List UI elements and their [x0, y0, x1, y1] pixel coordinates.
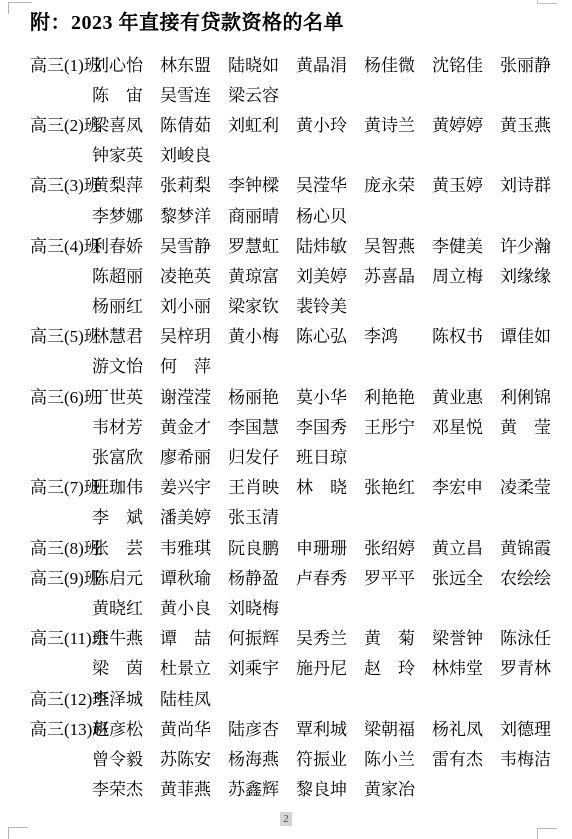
student-name: 许少瀚 [500, 232, 568, 257]
student-name: 黄晶涓 [296, 51, 364, 76]
student-name: 吴智燕 [364, 232, 432, 257]
class-row: 陈超丽凌艳英黄琼富刘美婷苏喜晶周立梅刘缘缘 [0, 259, 572, 289]
student-name: 丁世英 [92, 383, 160, 408]
student-name: 林东盟 [160, 51, 228, 76]
student-name: 刘德理 [500, 715, 568, 740]
class-row: 高三(5)班林慧君吴梓玥黄小梅陈心弘李鸿陈权书谭佳如 [0, 320, 572, 350]
student-name: 陆晓如 [228, 51, 296, 76]
student-name: 姜兴宇 [160, 473, 228, 498]
class-row: 高三(3)班黄梨萍张莉梨李钟樑吴滢华庞永荣黄玉婷刘诗群 [0, 169, 572, 199]
student-name: 黄业惠 [432, 383, 500, 408]
student-name: 张玉清 [228, 503, 296, 528]
student-name: 苏陈安 [160, 745, 228, 770]
student-name: 李国慧 [228, 413, 296, 438]
student-name: 阮良鹏 [228, 534, 296, 559]
student-name: 黄晓红 [92, 594, 160, 619]
student-name: 黄金才 [160, 413, 228, 438]
student-name: 林 晓 [296, 473, 364, 498]
student-name: 邓星悦 [432, 413, 500, 438]
student-name: 黄玉婷 [432, 171, 500, 196]
student-name: 雷有杰 [432, 745, 500, 770]
student-name: 庞永荣 [364, 171, 432, 196]
student-name: 杨丽红 [92, 292, 160, 317]
student-name: 黎梦洋 [160, 202, 228, 227]
student-name: 黄家冶 [364, 775, 432, 800]
class-label: 高三(6)班 [30, 383, 92, 408]
class-row: 钟家英刘峻良 [0, 139, 572, 169]
student-name: 黎良坤 [296, 775, 364, 800]
student-name: 黄立昌 [432, 534, 500, 559]
student-name: 莫小华 [296, 383, 364, 408]
student-name: 游文怡 [92, 352, 160, 377]
student-name: 裴铃美 [296, 292, 364, 317]
student-name: 黄琼富 [228, 262, 296, 287]
student-name: 黄小玲 [296, 111, 364, 136]
class-label: 高三(5)班 [30, 322, 92, 347]
student-name: 梁喜凤 [92, 111, 160, 136]
student-name: 谭 喆 [160, 624, 228, 649]
student-name: 杨礼凤 [432, 715, 500, 740]
class-row: 高三(2)班梁喜凤陈倩茹刘虹利黄小玲黄诗兰黄婷婷黄玉燕 [0, 108, 572, 138]
student-name: 陆桂凤 [160, 685, 228, 710]
student-name: 廖希丽 [160, 443, 228, 468]
class-row: 高三(12)班李泽城陆桂凤 [0, 682, 572, 712]
student-name: 刘峻良 [160, 141, 228, 166]
class-row: 黄晓红黄小良刘晓梅 [0, 591, 572, 621]
class-row: 韦材芳黄金才李国慧李国秀王彤宁邓星悦黄 莹 [0, 410, 572, 440]
student-name: 苏鑫辉 [228, 775, 296, 800]
student-name: 梁 茵 [92, 654, 160, 679]
class-row: 陈 宙吴雪连梁云容 [0, 78, 572, 108]
class-label: 高三(13)班 [30, 715, 92, 740]
student-name: 陆彦杏 [228, 715, 296, 740]
class-label: 高三(1)班 [30, 51, 92, 76]
class-row: 高三(6)班丁世英谢滢滢杨丽艳莫小华利艳艳黄业惠利俐锦 [0, 380, 572, 410]
student-name: 商丽晴 [228, 202, 296, 227]
student-name: 刘缘缘 [500, 262, 568, 287]
student-name: 梁朝福 [364, 715, 432, 740]
student-name: 张富欣 [92, 443, 160, 468]
student-name: 李梦娜 [92, 202, 160, 227]
student-name: 韦材芳 [92, 413, 160, 438]
class-row: 李荣杰黄菲燕苏鑫辉黎良坤黄家冶 [0, 773, 572, 803]
crop-mark-bottom-left [8, 827, 28, 839]
student-name: 何振辉 [228, 624, 296, 649]
student-name: 曾令毅 [92, 745, 160, 770]
student-name: 刘乘宇 [228, 654, 296, 679]
student-name: 杨丽艳 [228, 383, 296, 408]
student-name: 吴秀兰 [296, 624, 364, 649]
student-name: 卢春秀 [296, 564, 364, 589]
crop-mark-bottom-right [537, 828, 557, 839]
class-row: 高三(1)班刘心怡林东盟陆晓如黄晶涓杨佳微沈铭佳张丽静 [0, 48, 572, 78]
student-name: 赵彦松 [92, 715, 160, 740]
student-name: 谭佳如 [500, 322, 568, 347]
class-row: 高三(7)班班珈伟姜兴宇王肖映林 晓张艳红李宏申凌柔莹 [0, 471, 572, 501]
student-name: 张艳红 [364, 473, 432, 498]
student-name: 利艳艳 [364, 383, 432, 408]
student-name: 李国秀 [296, 413, 364, 438]
student-name: 钟家英 [92, 141, 160, 166]
class-row: 梁 茵杜景立刘乘宇施丹尼赵 玲林炜堂罗青林 [0, 652, 572, 682]
student-name: 王肖映 [228, 473, 296, 498]
student-name: 杨佳微 [364, 51, 432, 76]
student-name: 林慧君 [92, 322, 160, 347]
page-footer: 2 [0, 809, 572, 827]
student-name: 李钟樑 [228, 171, 296, 196]
student-name: 沈铭佳 [432, 51, 500, 76]
student-name: 何 萍 [160, 352, 228, 377]
student-name: 黄菲燕 [160, 775, 228, 800]
crop-mark-top-right [537, 0, 557, 4]
student-name: 李泽城 [92, 685, 160, 710]
class-row: 高三(4)班利春娇吴雪静罗慧虹陆炜敏吴智燕李健美许少瀚 [0, 229, 572, 259]
class-row: 李 斌潘美婷张玉清 [0, 501, 572, 531]
class-label: 高三(2)班 [30, 111, 92, 136]
student-name: 梁家钦 [228, 292, 296, 317]
student-name: 黄玉燕 [500, 111, 568, 136]
page-number: 2 [280, 812, 292, 826]
class-name-list: 高三(1)班刘心怡林东盟陆晓如黄晶涓杨佳微沈铭佳张丽静陈 宙吴雪连梁云容高三(2… [0, 48, 572, 803]
student-name: 刘心怡 [92, 51, 160, 76]
student-name: 利俐锦 [500, 383, 568, 408]
student-name: 覃利城 [296, 715, 364, 740]
student-name: 刘小丽 [160, 292, 228, 317]
student-name: 陈心弘 [296, 322, 364, 347]
student-name: 班日琼 [296, 443, 364, 468]
student-name: 凌柔莹 [500, 473, 568, 498]
class-row: 高三(9)班陈启元谭秋瑜杨静盈卢春秀罗平平张远全农绘绘 [0, 561, 572, 591]
student-name: 陈超丽 [92, 262, 160, 287]
student-name: 黄 菊 [364, 624, 432, 649]
student-name: 黄小梅 [228, 322, 296, 347]
student-name: 黄小良 [160, 594, 228, 619]
student-name: 杨静盈 [228, 564, 296, 589]
student-name: 余牛燕 [92, 624, 160, 649]
student-name: 李健美 [432, 232, 500, 257]
class-row: 高三(11)班余牛燕谭 喆何振辉吴秀兰黄 菊梁誉钟陈泳任 [0, 622, 572, 652]
class-row: 张富欣廖希丽归发仔班日琼 [0, 440, 572, 470]
student-name: 刘诗群 [500, 171, 568, 196]
class-label: 高三(9)班 [30, 564, 92, 589]
class-row: 高三(8)班张 芸韦雅琪阮良鹏申珊珊张绍婷黄立昌黄锦霞 [0, 531, 572, 561]
student-name: 刘晓梅 [228, 594, 296, 619]
page-title: 附：2023 年直接有贷款资格的名单 [30, 6, 572, 40]
student-name: 利春娇 [92, 232, 160, 257]
student-name: 刘虹利 [228, 111, 296, 136]
student-name: 李鸿 [364, 322, 432, 347]
student-name: 吴梓玥 [160, 322, 228, 347]
document-page: 附：2023 年直接有贷款资格的名单 高三(1)班刘心怡林东盟陆晓如黄晶涓杨佳微… [0, 0, 572, 839]
student-name: 吴滢华 [296, 171, 364, 196]
student-name: 陈权书 [432, 322, 500, 347]
class-label: 高三(8)班 [30, 534, 92, 559]
student-name: 申珊珊 [296, 534, 364, 559]
class-row: 曾令毅苏陈安杨海燕符振业陈小兰雷有杰韦梅洁 [0, 742, 572, 772]
class-label: 高三(3)班 [30, 171, 92, 196]
class-row: 李梦娜黎梦洋商丽晴杨心贝 [0, 199, 572, 229]
class-label: 高三(7)班 [30, 473, 92, 498]
student-name: 韦雅琪 [160, 534, 228, 559]
student-name: 黄婷婷 [432, 111, 500, 136]
student-name: 周立梅 [432, 262, 500, 287]
student-name: 杜景立 [160, 654, 228, 679]
student-name: 张绍婷 [364, 534, 432, 559]
student-name: 符振业 [296, 745, 364, 770]
student-name: 王彤宁 [364, 413, 432, 438]
student-name: 班珈伟 [92, 473, 160, 498]
student-name: 农绘绘 [500, 564, 568, 589]
student-name: 谢滢滢 [160, 383, 228, 408]
student-name: 杨海燕 [228, 745, 296, 770]
student-name: 黄 莹 [500, 413, 568, 438]
student-name: 李宏申 [432, 473, 500, 498]
student-name: 陈倩茹 [160, 111, 228, 136]
student-name: 陈 宙 [92, 81, 160, 106]
class-label: 高三(12)班 [30, 685, 92, 710]
student-name: 梁誉钟 [432, 624, 500, 649]
class-label: 高三(4)班 [30, 232, 92, 257]
crop-mark-top-left [8, 2, 32, 14]
student-name: 张 芸 [92, 534, 160, 559]
student-name: 苏喜晶 [364, 262, 432, 287]
student-name: 吴雪连 [160, 81, 228, 106]
student-name: 陈小兰 [364, 745, 432, 770]
student-name: 梁云容 [228, 81, 296, 106]
student-name: 刘美婷 [296, 262, 364, 287]
student-name: 赵 玲 [364, 654, 432, 679]
student-name: 林炜堂 [432, 654, 500, 679]
student-name: 吴雪静 [160, 232, 228, 257]
student-name: 李 斌 [92, 503, 160, 528]
student-name: 黄尚华 [160, 715, 228, 740]
student-name: 韦梅洁 [500, 745, 568, 770]
student-name: 李荣杰 [92, 775, 160, 800]
class-row: 杨丽红刘小丽梁家钦裴铃美 [0, 290, 572, 320]
student-name: 黄诗兰 [364, 111, 432, 136]
class-label: 高三(11)班 [30, 624, 92, 649]
student-name: 谭秋瑜 [160, 564, 228, 589]
student-name: 罗慧虹 [228, 232, 296, 257]
student-name: 张莉梨 [160, 171, 228, 196]
student-name: 罗青林 [500, 654, 568, 679]
student-name: 陈泳任 [500, 624, 568, 649]
student-name: 黄锦霞 [500, 534, 568, 559]
student-name: 黄梨萍 [92, 171, 160, 196]
student-name: 施丹尼 [296, 654, 364, 679]
class-row: 高三(13)班赵彦松黄尚华陆彦杏覃利城梁朝福杨礼凤刘德理 [0, 712, 572, 742]
student-name: 凌艳英 [160, 262, 228, 287]
student-name: 归发仔 [228, 443, 296, 468]
student-name: 杨心贝 [296, 202, 364, 227]
student-name: 张远全 [432, 564, 500, 589]
class-row: 游文怡何 萍 [0, 350, 572, 380]
student-name: 陈启元 [92, 564, 160, 589]
student-name: 张丽静 [500, 51, 568, 76]
student-name: 陆炜敏 [296, 232, 364, 257]
student-name: 罗平平 [364, 564, 432, 589]
student-name: 潘美婷 [160, 503, 228, 528]
